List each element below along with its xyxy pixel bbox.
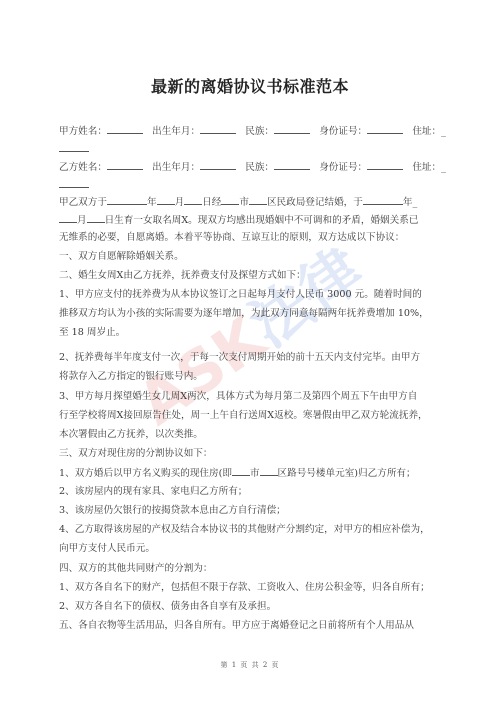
marriage-month-blank	[157, 195, 175, 205]
clause-line: 将款存入乙方指定的银行账号内。	[59, 370, 203, 384]
clause-line: 五、各自衣物等生活用品，归各自所有。甲方应于离婚登记之日前将所有个人用品从	[59, 619, 414, 633]
intro-text: 年_	[403, 197, 417, 208]
house-text: 1、双方婚后以甲方名义购买的现住房(即	[59, 468, 232, 479]
page-number: 第 1 页 共 2 页	[0, 660, 500, 670]
city-blank	[221, 195, 239, 205]
clause-line: 四、双方的其他共同财产的分割为：	[59, 562, 213, 576]
clause-line: 3、该房屋仍欠银行的按揭贷款本息由乙方自行清偿；	[59, 504, 286, 518]
party-b-address-blank	[59, 178, 89, 188]
party-a-ethnicity-label: 民族：	[245, 126, 274, 137]
party-a-line: 甲方姓名： 出生年月： 民族： 身份证号： 住址：_	[59, 124, 446, 139]
party-a-id-label: 身份证号：	[319, 126, 367, 137]
party-b-birth-label: 出生年月：	[152, 162, 200, 173]
party-b-name-label: 乙方姓名：	[59, 162, 107, 173]
party-a-id-blank	[367, 124, 403, 134]
party-a-birth-blank	[200, 124, 236, 134]
birth-day-blank	[87, 213, 105, 223]
clause-line: 推移双方均认为小孩的实际需要为逐年增加，为此双方同意每隔两年抚养费增加 10%，	[59, 307, 429, 321]
marriage-year-blank	[107, 195, 147, 205]
party-a-name-blank	[107, 124, 143, 134]
intro-text: 月	[77, 215, 87, 226]
clause-line: 2、双方各自名下的债权、债务由各自享有及承担。	[59, 600, 276, 614]
clause-line: 二、婚生女周X由乙方抚养，抚养费支付及探望方式如下：	[59, 269, 306, 283]
clause-line: 向甲方支付人民币元。	[59, 542, 155, 556]
marriage-day-blank	[184, 195, 202, 205]
clause-line: 2、该房屋内的现有家具、家电归乙方所有；	[59, 485, 247, 499]
intro-line-1: 甲乙双方于年月日经市区民政局登记结婚，于年_	[59, 195, 417, 210]
clause-line: 本次署假由乙方抚养，以次类推。	[59, 428, 203, 442]
party-a-birth-label: 出生年月：	[152, 126, 200, 137]
clause-line: 三、双方对现住房的分割协议如下：	[59, 447, 213, 461]
clause-line: 行至学校将周X接回原告住处，周一上午自行送周X返校。寒暑假由甲乙双方轮流抚养，	[59, 409, 428, 423]
party-b-line: 乙方姓名： 出生年月： 民族： 身份证号： 住址：_	[59, 160, 446, 175]
party-b-birth-blank	[200, 160, 236, 170]
party-a-address-label: 住址：_	[412, 126, 446, 137]
party-a-address-continuation	[59, 142, 89, 157]
house-clause-line: 1、双方婚后以甲方名义购买的现住房(即市区路号号楼单元室)归乙方所有；	[59, 466, 416, 481]
clause-line: 1、双方各自名下的财产，包括但不限于存款、工资收入、住房公积金等，归各自所有；	[59, 581, 430, 595]
clause-line: 4、乙方取得该房屋的产权及结合本协议书的其他财产分割约定，对甲方的相应补偿为，	[59, 523, 430, 537]
party-a-address-blank	[59, 142, 89, 152]
intro-line-2: 月日生育一女取名周X。现双方均感出现婚姻中不可调和的矛盾，婚姻关系已	[59, 213, 418, 228]
birth-month-blank	[59, 213, 77, 223]
document-title: 最新的离婚协议书标准范本	[0, 74, 500, 97]
party-b-address-continuation	[59, 178, 89, 193]
clause-line: 3、甲方每月探望婚生女儿周X两次，具体方式为每月第二及第四个周五下午由甲方自	[59, 390, 417, 404]
clause-line: 2、抚养费每半年度支付一次，于每一次支付周期开始的前十五天内支付完毕。由甲方	[59, 351, 420, 365]
party-b-name-blank	[107, 160, 143, 170]
house-text: 区路号号楼单元室)归乙方所有；	[278, 468, 416, 479]
intro-text: 月	[175, 197, 185, 208]
intro-text: 年	[147, 197, 157, 208]
party-b-id-label: 身份证号：	[319, 162, 367, 173]
party-b-address-label: 住址：_	[412, 162, 446, 173]
birth-year-blank	[363, 195, 403, 205]
intro-text: 甲乙双方于	[59, 197, 107, 208]
clause-line: 1、甲方应支付的抚养费为从本协议签订之日起每月支付人民币 3000 元。随着时间…	[59, 288, 422, 302]
district-blank	[249, 195, 267, 205]
intro-text: 日生育一女取名周X。现双方均感出现婚姻中不可调和的矛盾，婚姻关系已	[105, 215, 419, 226]
party-b-ethnicity-label: 民族：	[245, 162, 274, 173]
intro-text: 区民政局登记结婚，于	[267, 197, 363, 208]
house-text: 市	[250, 468, 260, 479]
party-a-name-label: 甲方姓名：	[59, 126, 107, 137]
party-b-id-blank	[367, 160, 403, 170]
intro-text: 市	[239, 197, 249, 208]
house-city-blank	[232, 466, 250, 476]
party-b-ethnicity-blank	[274, 160, 310, 170]
intro-line-3: 无维系的必要，自愿离婚。本着平等协商、互谅互让的原则，双方达成以下协议：	[59, 231, 404, 245]
document-page: ASK法律 最新的离婚协议书标准范本 甲方姓名： 出生年月： 民族： 身份证号：…	[0, 0, 500, 706]
party-a-ethnicity-blank	[274, 124, 310, 134]
intro-text: 日经	[202, 197, 221, 208]
clause-line: 至 18 周岁止。	[59, 326, 125, 340]
clause-line: 一、双方自愿解除婚姻关系。	[59, 250, 184, 264]
house-district-blank	[260, 466, 278, 476]
